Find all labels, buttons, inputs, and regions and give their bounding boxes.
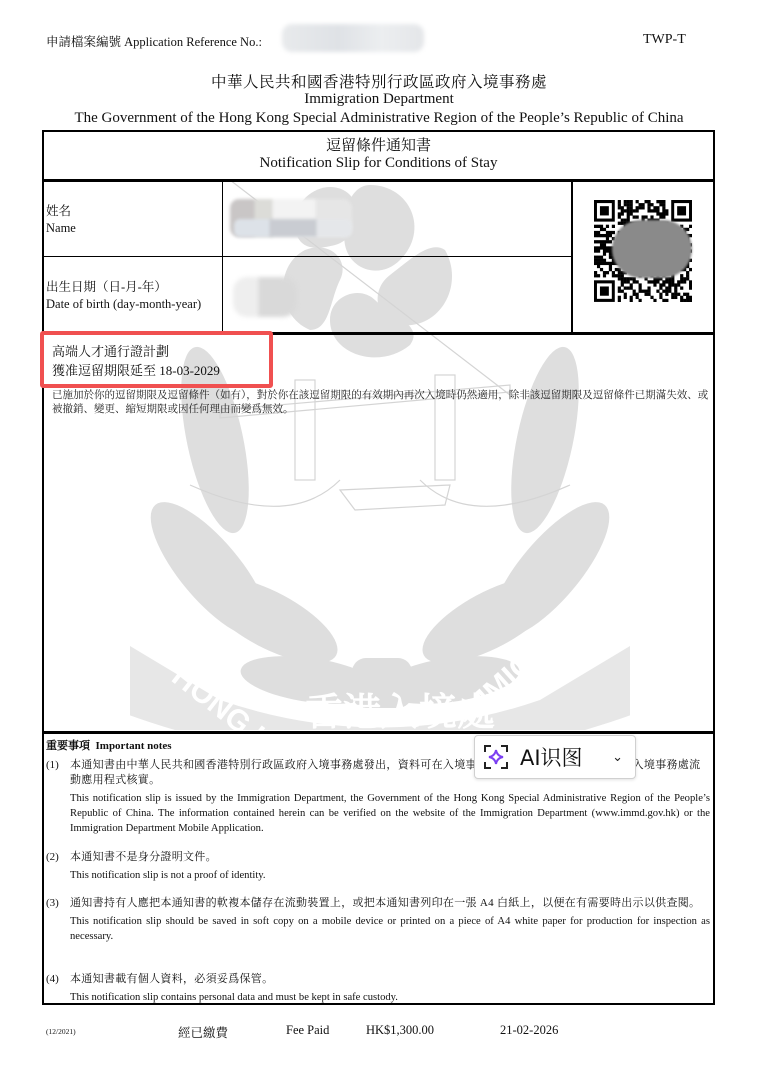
important-notes-heading: 重要事項 Important notes bbox=[46, 737, 172, 753]
highlight-annotation-box bbox=[40, 331, 273, 388]
slip-title-cn: 逗留條件通知書 bbox=[42, 134, 715, 155]
sparkle-scan-icon bbox=[484, 745, 508, 769]
fee-paid-en: Fee Paid bbox=[286, 1023, 329, 1038]
fee-paid-cn: 經已繳費 bbox=[178, 1023, 228, 1041]
ai-button-label: AI识图 bbox=[520, 742, 583, 772]
divider bbox=[571, 180, 573, 333]
slip-title-en: Notification Slip for Conditions of Stay bbox=[42, 155, 715, 172]
divider bbox=[42, 256, 572, 257]
divider bbox=[42, 179, 715, 182]
divider bbox=[222, 180, 223, 333]
department-name-en: Immigration Department bbox=[0, 91, 758, 108]
qr-code-redaction bbox=[612, 220, 692, 278]
ai-image-recognition-button[interactable]: AI识图 ⌄ bbox=[474, 735, 636, 779]
application-reference-value-redacted bbox=[282, 24, 424, 52]
government-name-en: The Government of the Hong Kong Special … bbox=[0, 110, 758, 127]
note-item: (3) 通知書持有人應把本通知書的軟複本儲存在流動裝置上，或把本通知書列印在一張… bbox=[46, 896, 710, 944]
form-version: (12/2021) bbox=[46, 1027, 76, 1036]
fee-amount: HK$1,300.00 bbox=[366, 1023, 434, 1038]
dob-label: 出生日期（日-月-年） Date of birth (day-month-yea… bbox=[46, 279, 201, 313]
application-reference-label: 申請檔案編號 Application Reference No.: bbox=[46, 32, 262, 50]
department-name-cn: 中華人民共和國香港特別行政區政府入境事務處 bbox=[0, 70, 758, 92]
chevron-down-icon[interactable]: ⌄ bbox=[612, 750, 623, 765]
note-item: (2) 本通知書不是身分證明文件。 This notification slip… bbox=[46, 850, 710, 883]
conditions-note: 已施加於你的逗留期限及逗留條件（如有），對於你在該逗留期限的有效期內再次入境時仍… bbox=[52, 389, 712, 417]
divider bbox=[42, 731, 715, 734]
dob-value-redacted bbox=[233, 277, 297, 317]
form-code: TWP-T bbox=[643, 32, 686, 48]
name-value-redacted bbox=[234, 219, 352, 237]
note-item: (4) 本通知書載有個人資料，必須妥爲保管。 This notification… bbox=[46, 972, 710, 1005]
name-label: 姓名 Name bbox=[46, 203, 76, 237]
issue-date: 21-02-2026 bbox=[500, 1023, 558, 1038]
